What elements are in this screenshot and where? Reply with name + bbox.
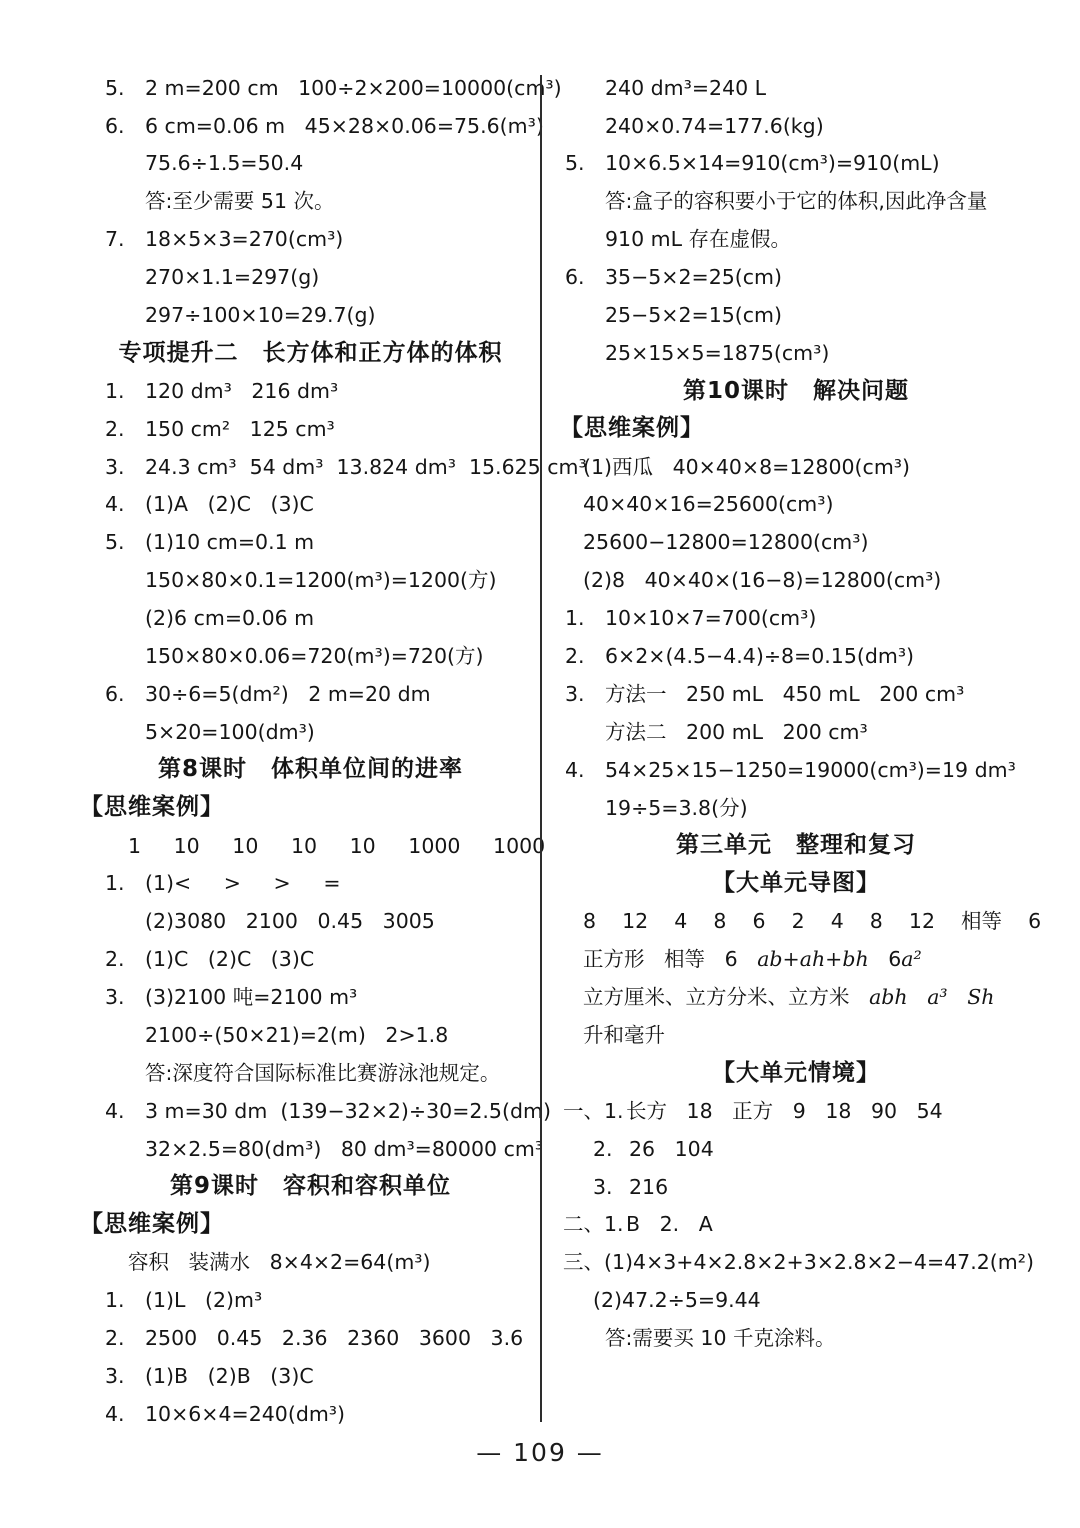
item-number: 5. bbox=[105, 78, 145, 99]
line-text: (1)C (2)C (3)C bbox=[145, 949, 314, 970]
answer-line: 4.(1)A (2)C (3)C bbox=[80, 486, 541, 524]
answer-line: (2)47.2÷5=9.44 bbox=[560, 1282, 1032, 1320]
line-text-segment: a² bbox=[901, 947, 921, 971]
line-text: 答:至少需要 51 次。 bbox=[145, 191, 335, 212]
answer-line: (1)西瓜 40×40×8=12800(cm³) bbox=[560, 448, 1032, 486]
item-number: 2. bbox=[105, 949, 145, 970]
line-text: 150×80×0.1=1200(m³)=1200(方) bbox=[145, 570, 497, 591]
line-text: 25−5×2=15(cm) bbox=[605, 305, 782, 326]
answer-line: 3.216 bbox=[560, 1168, 1032, 1206]
line-text-segment: 立方厘米、立方分米、立方米 bbox=[583, 985, 869, 1009]
line-text: 【大单元导图】 bbox=[712, 872, 880, 895]
item-number: 3. bbox=[105, 1366, 145, 1387]
line-text: (3)2100 吨=2100 m³ bbox=[145, 987, 357, 1008]
line-text: 240 dm³=240 L bbox=[605, 78, 766, 99]
answer-line: 150×80×0.1=1200(m³)=1200(方) bbox=[80, 562, 541, 600]
answer-line: 答:盒子的容积要小于它的体积,因此净含量 bbox=[560, 183, 1032, 221]
answer-line: 5.(1)10 cm=0.1 m bbox=[80, 524, 541, 562]
answer-line: 升和毫升 bbox=[560, 1016, 1032, 1054]
case-heading: 【思维案例】 bbox=[80, 789, 541, 827]
section-heading: 【大单元情境】 bbox=[560, 1054, 1032, 1092]
line-text: (1)A (2)C (3)C bbox=[145, 494, 314, 515]
line-text: 24.3 cm³ 54 dm³ 13.824 dm³ 15.625 cm³ bbox=[145, 457, 587, 478]
section-heading: 专项提升二 长方体和正方体的体积 bbox=[80, 334, 541, 372]
line-text: 10×6.5×14=910(cm³)=910(mL) bbox=[605, 153, 940, 174]
item-number: 4. bbox=[105, 494, 145, 515]
line-text: (2)6 cm=0.06 m bbox=[145, 608, 314, 629]
line-text: 6×2×(4.5−4.4)÷8=0.15(dm³) bbox=[605, 646, 914, 667]
line-text-segment bbox=[908, 985, 928, 1009]
line-text: 方法二 200 mL 200 cm³ bbox=[605, 722, 868, 743]
answer-line: 3.(1)B (2)B (3)C bbox=[80, 1357, 541, 1395]
item-number: 4. bbox=[565, 760, 605, 781]
line-text: 3 m=30 dm (139−32×2)÷30=2.5(dm) bbox=[145, 1101, 551, 1122]
item-number: 3. bbox=[565, 684, 605, 705]
section-heading: 第9课时 容积和容积单位 bbox=[80, 1168, 541, 1206]
answer-line: (2)3080 2100 0.45 3005 bbox=[80, 903, 541, 941]
line-text: 54×25×15−1250=19000(cm³)=19 dm³ bbox=[605, 760, 1016, 781]
case-heading: 【思维案例】 bbox=[80, 1206, 541, 1244]
answer-line: 1 10 10 10 10 1000 1000 bbox=[80, 827, 541, 865]
section-heading: 第10课时 解决问题 bbox=[560, 372, 1032, 410]
answer-line: 答:深度符合国际标准比赛游泳池规定。 bbox=[80, 1054, 541, 1092]
answer-line: 5.10×6.5×14=910(cm³)=910(mL) bbox=[560, 145, 1032, 183]
answer-line: 1.(1)L (2)m³ bbox=[80, 1282, 541, 1320]
line-text: 32×2.5=80(dm³) 80 dm³=80000 cm³ bbox=[145, 1139, 543, 1160]
line-text: 270×1.1=297(g) bbox=[145, 267, 319, 288]
answer-line: 75.6÷1.5=50.4 bbox=[80, 145, 541, 183]
answer-line: 4.10×6×4=240(dm³) bbox=[80, 1395, 541, 1433]
line-text: 8 12 4 8 6 2 4 8 12 相等 6 bbox=[583, 911, 1041, 932]
answer-line: 1.120 dm³ 216 dm³ bbox=[80, 372, 541, 410]
line-text: 6 cm=0.06 m 45×28×0.06=75.6(m³) bbox=[145, 116, 544, 137]
line-text-segment: abh bbox=[869, 985, 908, 1009]
line-text: B 2. A bbox=[626, 1214, 713, 1235]
line-text: 升和毫升 bbox=[583, 1025, 665, 1046]
workbook-answer-page: 5.2 m=200 cm 100÷2×200=10000(cm³)6.6 cm=… bbox=[0, 0, 1080, 1528]
line-text: 30÷6=5(dm²) 2 m=20 dm bbox=[145, 684, 431, 705]
item-number: 3. bbox=[105, 987, 145, 1008]
answer-line: 二、1.B 2. A bbox=[560, 1206, 1032, 1244]
line-text: 【思维案例】 bbox=[80, 1213, 224, 1236]
right-column: 240 dm³=240 L240×0.74=177.6(kg)5.10×6.5×… bbox=[560, 69, 1032, 1357]
answer-line: 2.150 cm² 125 cm³ bbox=[80, 410, 541, 448]
answer-line: 2100÷(50×21)=2(m) 2>1.8 bbox=[80, 1016, 541, 1054]
answer-line: 25−5×2=15(cm) bbox=[560, 296, 1032, 334]
answer-line: (2)6 cm=0.06 m bbox=[80, 599, 541, 637]
line-text: 专项提升二 长方体和正方体的体积 bbox=[119, 342, 503, 365]
line-text-segment: 正方形 相等 6 bbox=[583, 947, 757, 971]
item-number: 6. bbox=[565, 267, 605, 288]
item-number: 5. bbox=[565, 153, 605, 174]
answer-line: 150×80×0.06=720(m³)=720(方) bbox=[80, 637, 541, 675]
case-heading: 【思维案例】 bbox=[560, 410, 1032, 448]
line-text: 答:深度符合国际标准比赛游泳池规定。 bbox=[145, 1063, 500, 1084]
answer-line: 910 mL 存在虚假。 bbox=[560, 221, 1032, 259]
line-text-segment: Sh bbox=[967, 985, 994, 1009]
answer-line: 4.54×25×15−1250=19000(cm³)=19 dm³ bbox=[560, 751, 1032, 789]
item-number: 1. bbox=[565, 608, 605, 629]
line-text: 19÷5=3.8(分) bbox=[605, 798, 748, 819]
line-text: 5×20=100(dm³) bbox=[145, 722, 315, 743]
answer-line: 240×0.74=177.6(kg) bbox=[560, 107, 1032, 145]
answer-line: (2)8 40×40×(16−8)=12800(cm³) bbox=[560, 562, 1032, 600]
item-number: 4. bbox=[105, 1404, 145, 1425]
line-text: 40×40×16=25600(cm³) bbox=[583, 494, 833, 515]
line-text: 第9课时 容积和容积单位 bbox=[170, 1175, 451, 1198]
line-text: 三、(1)4×3+4×2.8×2+3×2.8×2−4=47.2(m²) bbox=[563, 1252, 1034, 1273]
line-text: 1 10 10 10 10 1000 1000 bbox=[128, 836, 545, 857]
section-heading: 【大单元导图】 bbox=[560, 865, 1032, 903]
line-text: 240×0.74=177.6(kg) bbox=[605, 116, 824, 137]
line-text: 910 mL 存在虚假。 bbox=[605, 229, 791, 250]
answer-line: 3.(3)2100 吨=2100 m³ bbox=[80, 978, 541, 1016]
item-number: 2. bbox=[105, 1328, 145, 1349]
left-column: 5.2 m=200 cm 100÷2×200=10000(cm³)6.6 cm=… bbox=[80, 69, 541, 1433]
item-number: 3. bbox=[105, 457, 145, 478]
line-text: 【大单元情境】 bbox=[712, 1062, 880, 1085]
answer-line: 6.30÷6=5(dm²) 2 m=20 dm bbox=[80, 675, 541, 713]
line-text: 297÷100×10=29.7(g) bbox=[145, 305, 376, 326]
answer-line: 6.6 cm=0.06 m 45×28×0.06=75.6(m³) bbox=[80, 107, 541, 145]
answer-line: 2.2500 0.45 2.36 2360 3600 3.6 bbox=[80, 1319, 541, 1357]
line-text: 2100÷(50×21)=2(m) 2>1.8 bbox=[145, 1025, 448, 1046]
line-text: 150 cm² 125 cm³ bbox=[145, 419, 335, 440]
line-text: 150×80×0.06=720(m³)=720(方) bbox=[145, 646, 484, 667]
item-number: 5. bbox=[105, 532, 145, 553]
line-text: 75.6÷1.5=50.4 bbox=[145, 153, 303, 174]
line-text: 26 104 bbox=[629, 1139, 714, 1160]
line-text: 第8课时 体积单位间的进率 bbox=[158, 758, 463, 781]
answer-line: 8 12 4 8 6 2 4 8 12 相等 6 bbox=[560, 903, 1032, 941]
answer-line: 2.6×2×(4.5−4.4)÷8=0.15(dm³) bbox=[560, 637, 1032, 675]
answer-line: 270×1.1=297(g) bbox=[80, 258, 541, 296]
item-number: 2. bbox=[105, 419, 145, 440]
answer-line: 5.2 m=200 cm 100÷2×200=10000(cm³) bbox=[80, 69, 541, 107]
line-text: 第三单元 整理和复习 bbox=[676, 834, 916, 857]
answer-line: 方法二 200 mL 200 cm³ bbox=[560, 713, 1032, 751]
line-text-segment bbox=[948, 985, 968, 1009]
line-text: 216 bbox=[629, 1177, 668, 1198]
line-text: 答:需要买 10 千克涂料。 bbox=[605, 1328, 836, 1349]
answer-line: 三、(1)4×3+4×2.8×2+3×2.8×2−4=47.2(m²) bbox=[560, 1244, 1032, 1282]
line-text: 120 dm³ 216 dm³ bbox=[145, 381, 338, 402]
answer-line: 1.(1)< > > = bbox=[80, 865, 541, 903]
line-text: (2)8 40×40×(16−8)=12800(cm³) bbox=[583, 570, 941, 591]
line-text-segment: ab+ah+bh bbox=[757, 947, 868, 971]
line-text: 10×6×4=240(dm³) bbox=[145, 1404, 345, 1425]
answer-line: 1.10×10×7=700(cm³) bbox=[560, 599, 1032, 637]
line-text: (2)47.2÷5=9.44 bbox=[593, 1290, 761, 1311]
line-text: (1)10 cm=0.1 m bbox=[145, 532, 314, 553]
item-number: 二、1. bbox=[563, 1214, 626, 1235]
answer-line: 40×40×16=25600(cm³) bbox=[560, 486, 1032, 524]
answer-line: 19÷5=3.8(分) bbox=[560, 789, 1032, 827]
line-text: 2500 0.45 2.36 2360 3600 3.6 bbox=[145, 1328, 523, 1349]
line-text: (1)< > > = bbox=[145, 873, 341, 894]
line-text-segment: a³ bbox=[927, 985, 947, 1009]
item-number: 2. bbox=[565, 646, 605, 667]
answer-line: 5×20=100(dm³) bbox=[80, 713, 541, 751]
line-text: 正方形 相等 6 ab+ah+bh 6a² bbox=[583, 949, 922, 970]
line-text: 方法一 250 mL 450 mL 200 cm³ bbox=[605, 684, 964, 705]
item-number: 一、1. bbox=[563, 1101, 626, 1122]
answer-line: 2.26 104 bbox=[560, 1130, 1032, 1168]
line-text: (1)西瓜 40×40×8=12800(cm³) bbox=[583, 457, 910, 478]
section-heading: 第三单元 整理和复习 bbox=[560, 827, 1032, 865]
line-text: 立方厘米、立方分米、立方米 abh a³ Sh bbox=[583, 987, 994, 1008]
answer-line: 25600−12800=12800(cm³) bbox=[560, 524, 1032, 562]
answer-line: 容积 装满水 8×4×2=64(m³) bbox=[80, 1244, 541, 1282]
item-number: 3. bbox=[593, 1177, 629, 1198]
line-text: 18×5×3=270(cm³) bbox=[145, 229, 343, 250]
answer-line: 3.方法一 250 mL 450 mL 200 cm³ bbox=[560, 675, 1032, 713]
answer-line: 正方形 相等 6 ab+ah+bh 6a² bbox=[560, 940, 1032, 978]
answer-line: 297÷100×10=29.7(g) bbox=[80, 296, 541, 334]
item-number: 6. bbox=[105, 684, 145, 705]
column-divider bbox=[540, 75, 542, 1422]
line-text: 25600−12800=12800(cm³) bbox=[583, 532, 868, 553]
answer-line: 答:至少需要 51 次。 bbox=[80, 183, 541, 221]
line-text: 第10课时 解决问题 bbox=[683, 380, 909, 403]
answer-line: 3.24.3 cm³ 54 dm³ 13.824 dm³ 15.625 cm³ bbox=[80, 448, 541, 486]
answer-line: 25×15×5=1875(cm³) bbox=[560, 334, 1032, 372]
page-number: — 109 — bbox=[0, 1438, 1080, 1467]
item-number: 6. bbox=[105, 116, 145, 137]
line-text: 25×15×5=1875(cm³) bbox=[605, 343, 829, 364]
answer-line: 240 dm³=240 L bbox=[560, 69, 1032, 107]
item-number: 4. bbox=[105, 1101, 145, 1122]
item-number: 1. bbox=[105, 381, 145, 402]
answer-line: 32×2.5=80(dm³) 80 dm³=80000 cm³ bbox=[80, 1130, 541, 1168]
answer-line: 4.3 m=30 dm (139−32×2)÷30=2.5(dm) bbox=[80, 1092, 541, 1130]
answer-line: 立方厘米、立方分米、立方米 abh a³ Sh bbox=[560, 978, 1032, 1016]
item-number: 7. bbox=[105, 229, 145, 250]
answer-line: 2.(1)C (2)C (3)C bbox=[80, 940, 541, 978]
line-text: 长方 18 正方 9 18 90 54 bbox=[626, 1101, 943, 1122]
line-text: 答:盒子的容积要小于它的体积,因此净含量 bbox=[605, 191, 987, 212]
item-number: 1. bbox=[105, 1290, 145, 1311]
line-text: 【思维案例】 bbox=[80, 796, 224, 819]
item-number: 1. bbox=[105, 873, 145, 894]
line-text: 容积 装满水 8×4×2=64(m³) bbox=[128, 1252, 431, 1273]
answer-line: 7.18×5×3=270(cm³) bbox=[80, 221, 541, 259]
line-text: 35−5×2=25(cm) bbox=[605, 267, 782, 288]
line-text: 10×10×7=700(cm³) bbox=[605, 608, 816, 629]
answer-line: 答:需要买 10 千克涂料。 bbox=[560, 1319, 1032, 1357]
line-text: (2)3080 2100 0.45 3005 bbox=[145, 911, 435, 932]
line-text-segment: 6 bbox=[869, 947, 902, 971]
line-text: (1)B (2)B (3)C bbox=[145, 1366, 314, 1387]
line-text: 2 m=200 cm 100÷2×200=10000(cm³) bbox=[145, 78, 562, 99]
section-heading: 第8课时 体积单位间的进率 bbox=[80, 751, 541, 789]
line-text: 【思维案例】 bbox=[560, 417, 704, 440]
answer-line: 6.35−5×2=25(cm) bbox=[560, 258, 1032, 296]
line-text: (1)L (2)m³ bbox=[145, 1290, 262, 1311]
answer-line: 一、1.长方 18 正方 9 18 90 54 bbox=[560, 1092, 1032, 1130]
item-number: 2. bbox=[593, 1139, 629, 1160]
